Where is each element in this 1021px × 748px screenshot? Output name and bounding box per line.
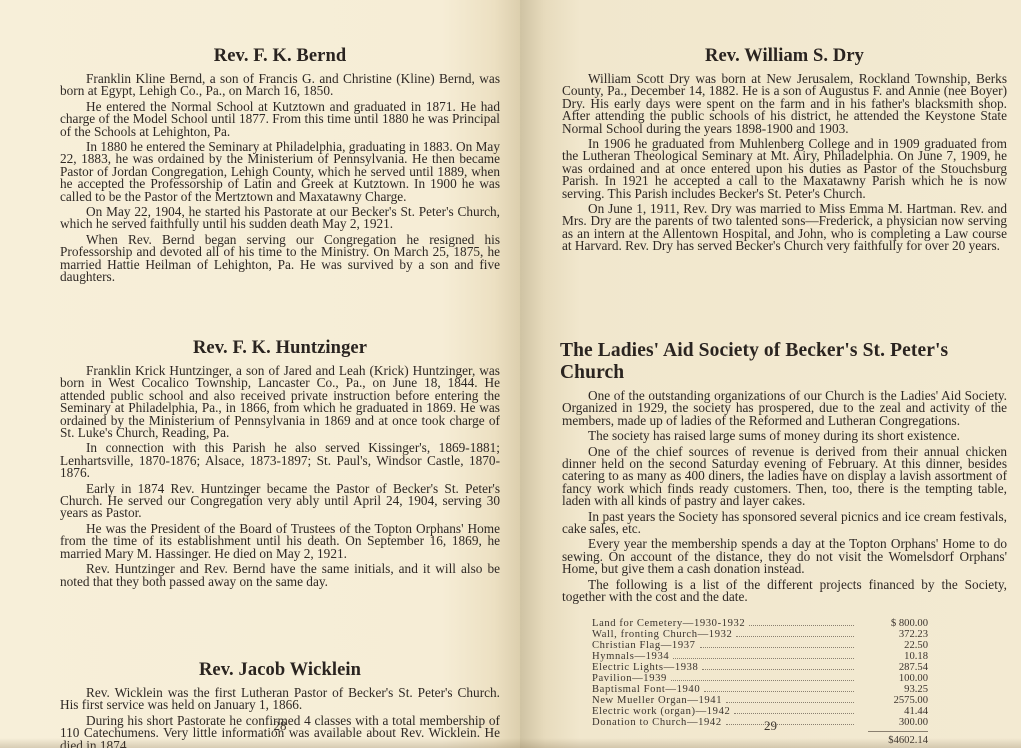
- dot-leader: [704, 690, 854, 692]
- ledger-amount: $ 800.00: [858, 618, 928, 629]
- paragraph: One of the outstanding organizations of …: [562, 390, 1007, 427]
- section-rev-huntzinger: Rev. F. K. Huntzinger Franklin Krick Hun…: [60, 338, 500, 638]
- dot-leader: [749, 624, 854, 626]
- right-page: Rev. William S. Dry William Scott Dry wa…: [520, 0, 1021, 748]
- left-page: Rev. F. K. Bernd Franklin Kline Bernd, a…: [0, 0, 520, 748]
- page-edge-shadow: [0, 738, 520, 748]
- paragraph: Franklin Kline Bernd, a son of Francis G…: [60, 73, 500, 98]
- section-rev-dry: Rev. William S. Dry William Scott Dry wa…: [562, 46, 1007, 318]
- paragraph: One of the chief sources of revenue is d…: [562, 446, 1007, 508]
- ledger-row: Electric Lights—1938 287.54: [592, 662, 928, 673]
- section-heading: Rev. F. K. Huntzinger: [60, 338, 500, 359]
- ledger-amount: 100.00: [858, 673, 928, 684]
- ledger-row: New Mueller Organ—1941 2575.00: [592, 695, 928, 706]
- ledger-amount: 372.23: [858, 629, 928, 640]
- section-ladies-aid-society: The Ladies' Aid Society of Becker's St. …: [562, 340, 1007, 747]
- ledger-label: Hymnals—1934: [592, 651, 669, 662]
- ledger-row: Hymnals—1934 10.18: [592, 651, 928, 662]
- dot-leader: [671, 679, 854, 681]
- ledger-amount: 2575.00: [858, 695, 928, 706]
- dot-leader: [700, 646, 854, 648]
- dot-leader: [702, 668, 854, 670]
- paragraph: On June 1, 1911, Rev. Dry was married to…: [562, 203, 1007, 253]
- ledger-label: Baptismal Font—1940: [592, 684, 700, 695]
- dot-leader: [673, 657, 854, 659]
- ledger-amount: 287.54: [858, 662, 928, 673]
- paragraph: On May 22, 1904, he started his Pastorat…: [60, 206, 500, 231]
- ledger-row: Pavilion—1939 100.00: [592, 673, 928, 684]
- paragraph: Rev. Wicklein was the first Lutheran Pas…: [60, 687, 500, 712]
- ledger-amount: 41.44: [858, 706, 928, 717]
- dot-leader: [736, 635, 854, 637]
- page-number: 28: [0, 718, 520, 734]
- section-rev-wicklein: Rev. Jacob Wicklein Rev. Wicklein was th…: [60, 660, 500, 748]
- dot-leader: [726, 701, 854, 703]
- ledger-label: Wall, fronting Church—1932: [592, 629, 732, 640]
- dot-leader: [734, 712, 854, 714]
- ledger-label: Electric work (organ)—1942: [592, 706, 730, 717]
- ledger-row: Baptismal Font—1940 93.25: [592, 684, 928, 695]
- paragraph: The following is a list of the different…: [562, 579, 1007, 604]
- ledger-row: Christian Flag—1937 22.50: [592, 640, 928, 651]
- ledger-row: Electric work (organ)—1942 41.44: [592, 706, 928, 717]
- ledger-row: Wall, fronting Church—1932 372.23: [592, 629, 928, 640]
- ledger-row: Land for Cemetery—1930-1932 $ 800.00: [592, 618, 928, 629]
- paragraph: When Rev. Bernd began serving our Congre…: [60, 234, 500, 284]
- paragraph: Early in 1874 Rev. Huntzinger became the…: [60, 483, 500, 520]
- ledger-label: Land for Cemetery—1930-1932: [592, 618, 745, 629]
- section-heading: The Ladies' Aid Society of Becker's St. …: [560, 340, 1007, 384]
- section-heading: Rev. William S. Dry: [562, 46, 1007, 67]
- ledger-amount: 93.25: [858, 684, 928, 695]
- ledger-label: Christian Flag—1937: [592, 640, 696, 651]
- ledger-label: Pavilion—1939: [592, 673, 667, 684]
- paragraph: Franklin Krick Huntzinger, a son of Jare…: [60, 365, 500, 439]
- page-number: 29: [520, 718, 1021, 734]
- ledger-label: Electric Lights—1938: [592, 662, 698, 673]
- paragraph: He entered the Normal School at Kutztown…: [60, 101, 500, 138]
- page-edge-shadow: [520, 738, 1021, 748]
- book-spread: Rev. F. K. Bernd Franklin Kline Bernd, a…: [0, 0, 1021, 748]
- paragraph: In 1880 he entered the Seminary at Phila…: [60, 141, 500, 203]
- paragraph: William Scott Dry was born at New Jerusa…: [562, 73, 1007, 135]
- paragraph: In past years the Society has sponsored …: [562, 511, 1007, 536]
- paragraph: Rev. Huntzinger and Rev. Bernd have the …: [60, 563, 500, 588]
- ledger-label: New Mueller Organ—1941: [592, 695, 722, 706]
- section-heading: Rev. F. K. Bernd: [60, 46, 500, 67]
- section-rev-bernd: Rev. F. K. Bernd Franklin Kline Bernd, a…: [60, 46, 500, 316]
- paragraph: The society has raised large sums of mon…: [562, 430, 1007, 442]
- paragraph: Every year the membership spends a day a…: [562, 538, 1007, 575]
- section-heading: Rev. Jacob Wicklein: [60, 660, 500, 681]
- paragraph: In connection with this Parish he also s…: [60, 442, 500, 479]
- paragraph: He was the President of the Board of Tru…: [60, 523, 500, 560]
- ledger-amount: 22.50: [858, 640, 928, 651]
- ledger-amount: 10.18: [858, 651, 928, 662]
- paragraph: In 1906 he graduated from Muhlenberg Col…: [562, 138, 1007, 200]
